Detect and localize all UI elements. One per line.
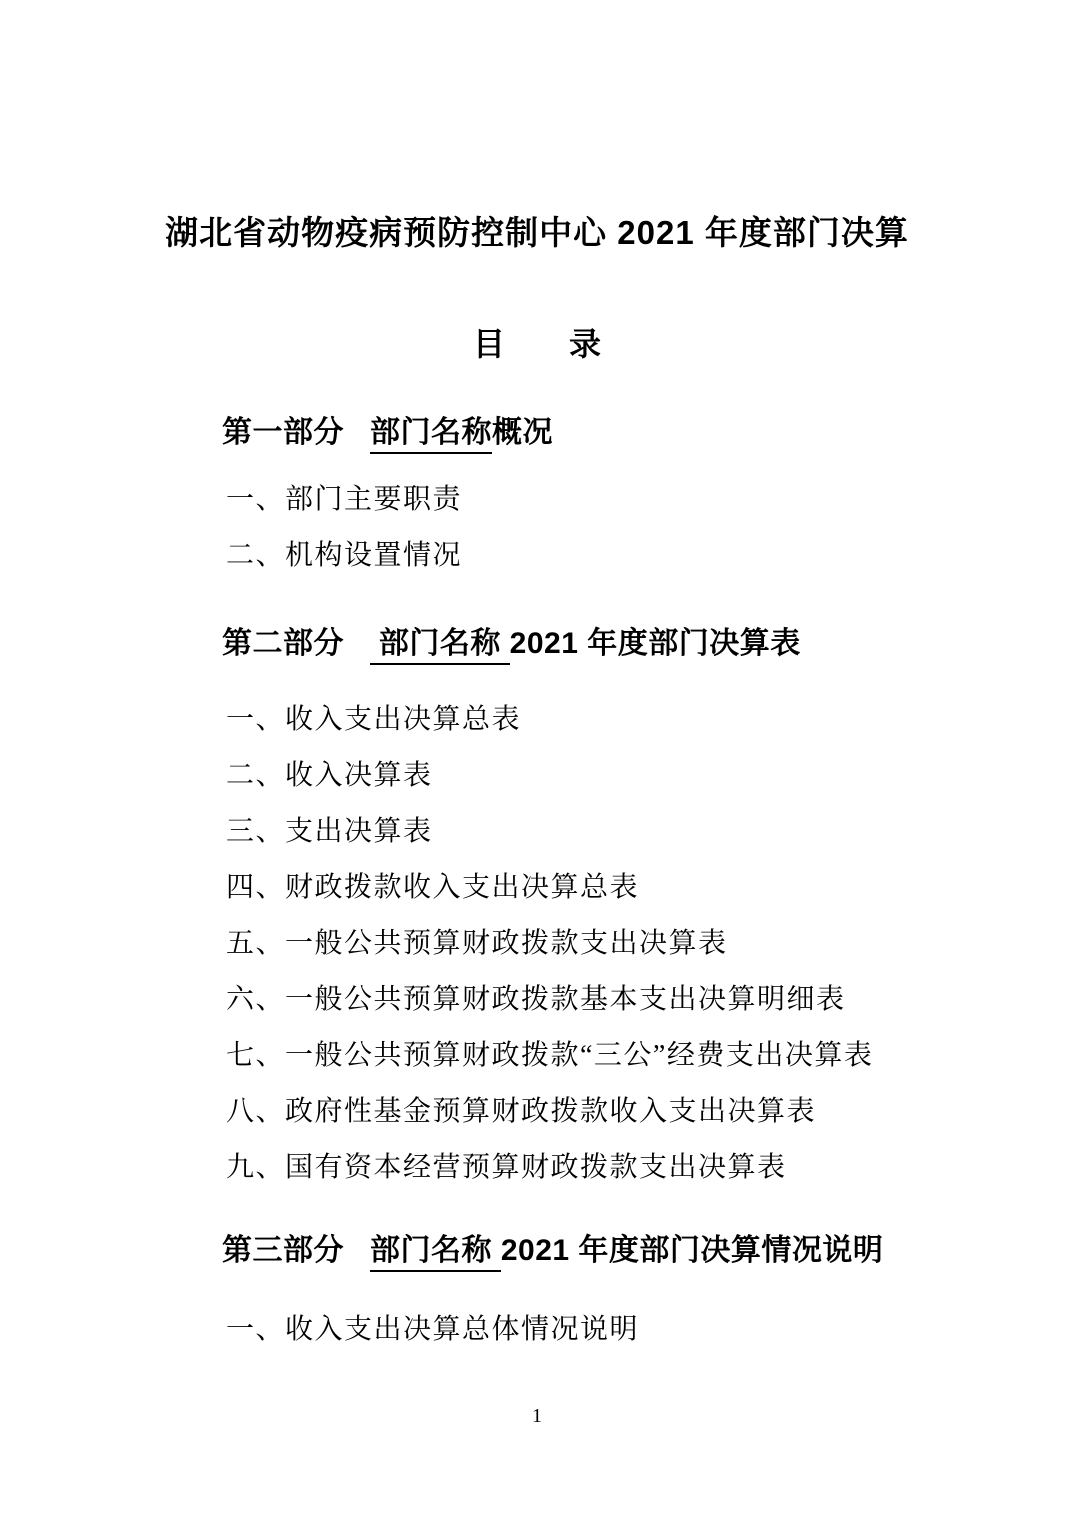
toc-item: 六、一般公共预算财政拨款基本支出决算明细表 (226, 980, 1014, 1020)
department-name-underlined: 部门名称 (370, 627, 510, 665)
department-name-underlined: 部门名称 (370, 416, 492, 454)
section-number: 第二部分 (222, 627, 344, 660)
toc-heading: 目 录 (0, 324, 1074, 364)
toc-item: 一、收入支出决算总表 (226, 700, 1014, 740)
toc-section-list-part3: 一、收入支出决算总体情况说明 (222, 1310, 1014, 1350)
toc-item: 八、政府性基金预算财政拨款收入支出决算表 (226, 1092, 1014, 1132)
toc-item: 二、收入决算表 (226, 756, 1014, 796)
toc-content: 第一部分部门名称概况 一、部门主要职责 二、机构设置情况 第二部分 部门名称 2… (0, 412, 1074, 1350)
section-heading-part3: 第三部分部门名称 2021 年度部门决算情况说明 (222, 1230, 1014, 1272)
toc-item: 三、支出决算表 (226, 812, 1014, 852)
toc-item: 九、国有资本经营预算财政拨款支出决算表 (226, 1148, 1014, 1188)
toc-item: 七、一般公共预算财政拨款“三公”经费支出决算表 (226, 1036, 1014, 1076)
document-page: 湖北省动物疫病预防控制中心 2021 年度部门决算 目 录 第一部分部门名称概况… (0, 0, 1074, 1520)
toc-section-list-part2: 一、收入支出决算总表 二、收入决算表 三、支出决算表 四、财政拨款收入支出决算总… (222, 700, 1014, 1188)
section-number: 第三部分 (222, 1234, 344, 1267)
section-heading-part2: 第二部分 部门名称 2021 年度部门决算表 (222, 623, 1014, 665)
toc-item: 一、收入支出决算总体情况说明 (226, 1310, 1014, 1350)
section-number: 第一部分 (222, 416, 344, 449)
department-name-underlined: 部门名称 (370, 1234, 501, 1272)
toc-item: 四、财政拨款收入支出决算总表 (226, 868, 1014, 908)
toc-section-list-part1: 一、部门主要职责 二、机构设置情况 (222, 480, 1014, 576)
toc-item: 一、部门主要职责 (226, 480, 1014, 520)
toc-item: 五、一般公共预算财政拨款支出决算表 (226, 924, 1014, 964)
section-title-text: 2021 年度部门决算表 (510, 627, 801, 660)
document-title: 湖北省动物疫病预防控制中心 2021 年度部门决算 (0, 0, 1074, 255)
toc-item: 二、机构设置情况 (226, 536, 1014, 576)
page-number: 1 (0, 1403, 1074, 1429)
section-title-text: 2021 年度部门决算情况说明 (501, 1234, 884, 1267)
section-heading-part1: 第一部分部门名称概况 (222, 412, 1014, 454)
section-title-text: 概况 (492, 416, 553, 449)
